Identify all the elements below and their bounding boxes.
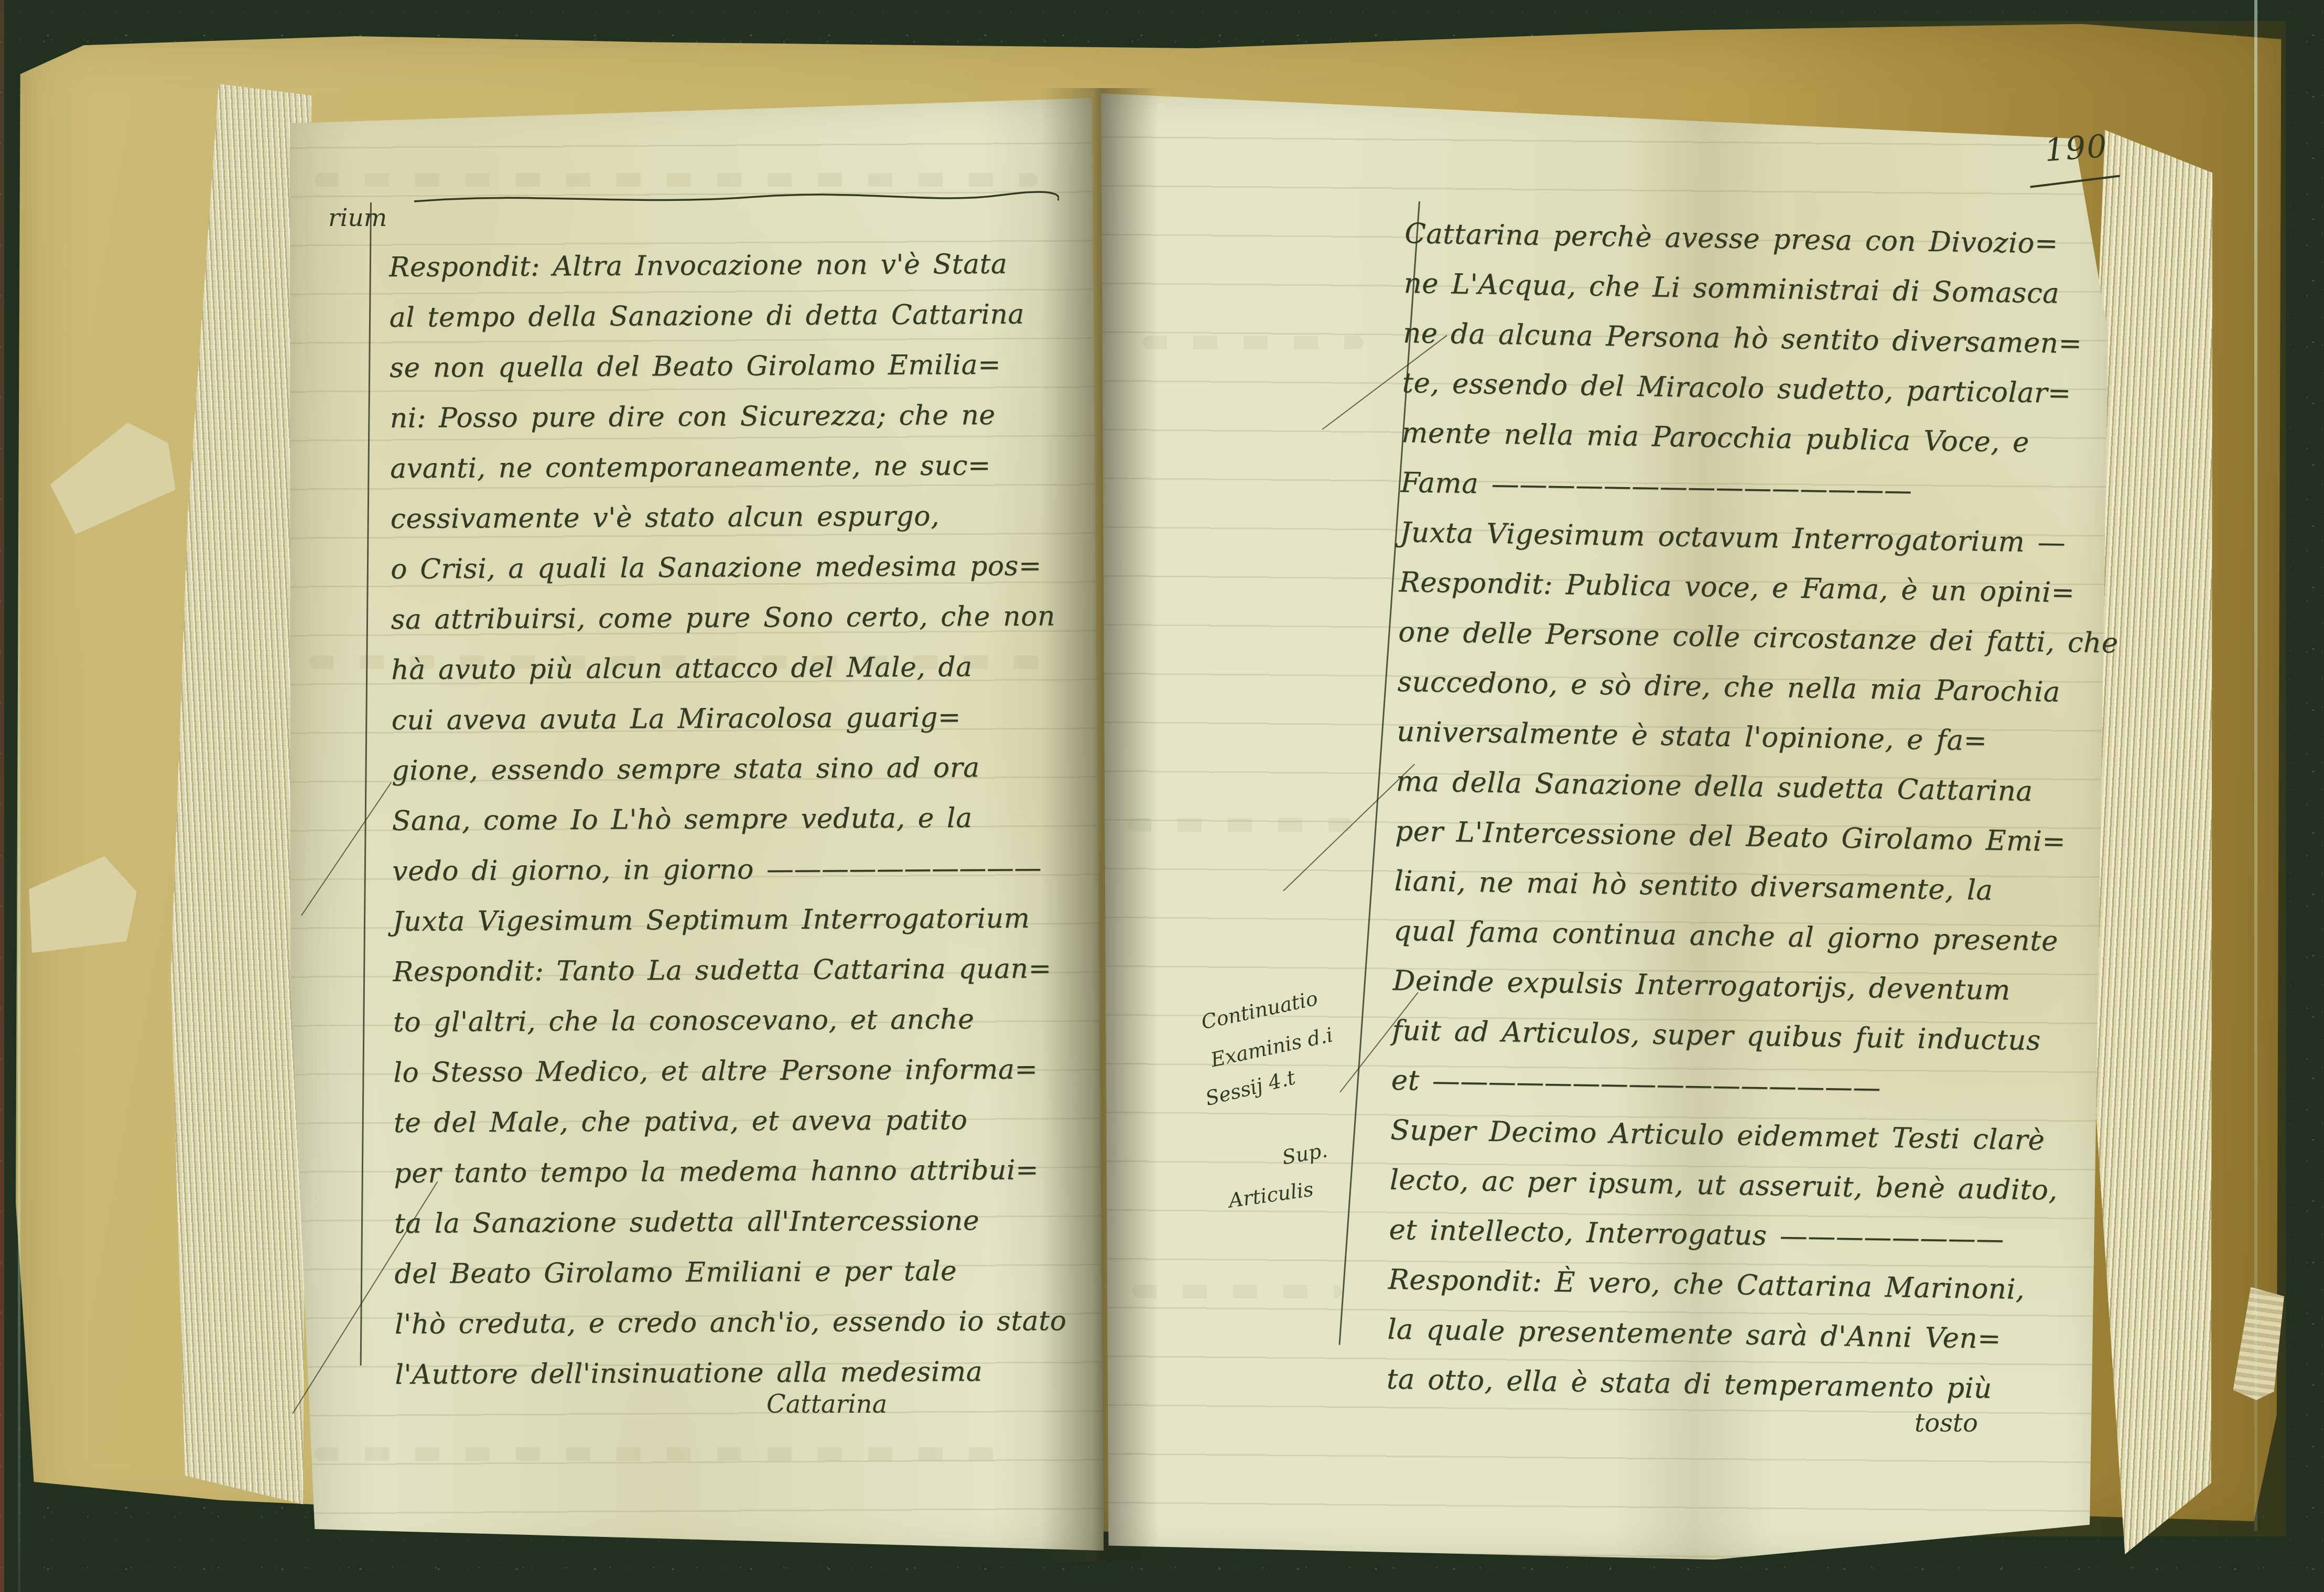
manuscript-line: Juxta Vigesimum Septimum Interrogatorium — [393, 893, 1065, 947]
manuscript-line: cessivamente v'è stato alcun espurgo, — [391, 490, 1063, 544]
manuscript-line: Sana, come Io L'hò sempre veduta, e la — [392, 792, 1064, 846]
manuscript-line: sa attribuirsi, come pure Sono certo, ch… — [391, 591, 1063, 645]
folio-number: 190 — [2044, 128, 2109, 169]
manuscript-line: al tempo della Sanazione di detta Cattar… — [390, 289, 1062, 343]
manuscript-line: to gl'altri, che la conoscevano, et anch… — [393, 994, 1065, 1048]
ink-showthrough — [1127, 818, 1353, 832]
manuscript-line: cui aveva avuta La Miracolosa guarig= — [392, 692, 1064, 746]
manuscript-line: vedo di giorno, in giorno —————————— — [392, 843, 1064, 897]
manuscript-line: ta la Sanazione sudetta all'Intercession… — [394, 1195, 1066, 1249]
ink-showthrough — [1132, 1285, 1342, 1298]
glass-reflection-right — [2254, 0, 2257, 1531]
catchword: tosto — [1915, 1408, 1978, 1438]
manuscript-line: lo Stesso Medico, et altre Persone infor… — [393, 1044, 1065, 1098]
manuscript-line: l'hò creduta, e credo anch'io, essendo i… — [395, 1296, 1067, 1350]
ink-showthrough — [315, 1447, 996, 1461]
header-rule-squiggle — [414, 190, 1059, 208]
ink-showthrough — [1143, 336, 1363, 349]
catchword-carryover: rium — [328, 203, 387, 232]
manuscript-line: ni: Posso pure dire con Sicurezza; che n… — [390, 390, 1062, 444]
manuscript-line: l'Auttore dell'insinuatione alla medesim… — [395, 1346, 1067, 1400]
manuscript-line: per tanto tempo la medema hanno attribui… — [394, 1145, 1066, 1199]
manuscript-line: hà avuto più alcun attacco del Male, da — [391, 641, 1063, 695]
glass-reflection-left — [18, 409, 20, 1592]
manuscript-line: o Crisi, a quali la Sanazione medesima p… — [391, 541, 1063, 595]
manuscript-line: te del Male, che pativa, et aveva patito — [394, 1094, 1066, 1148]
manuscript-line: avanti, ne contemporaneamente, ne suc= — [390, 440, 1062, 494]
left-page-text-block: Respondit: Altra Invocazione non v'è Sta… — [389, 239, 1067, 1400]
ink-showthrough — [315, 173, 1038, 187]
manuscript-line: del Beato Girolamo Emiliani e per tale — [394, 1245, 1066, 1299]
scan-edge-artifact — [0, 0, 4, 1592]
scanned-manuscript-photo: rium Respondit: Altra Invocazione non v'… — [0, 0, 2324, 1592]
manuscript-line: gione, essendo sempre stata sino ad ora — [392, 742, 1064, 796]
manuscript-line: Respondit: Tanto La sudetta Cattarina qu… — [393, 943, 1065, 997]
manuscript-line: Respondit: Altra Invocazione non v'è Sta… — [389, 239, 1061, 293]
right-page-text-block: Cattarina perchè avesse presa con Divozi… — [1386, 209, 2125, 1415]
catchword: Cattarina — [766, 1390, 887, 1419]
manuscript-line: se non quella del Beato Girolamo Emilia= — [390, 339, 1062, 393]
